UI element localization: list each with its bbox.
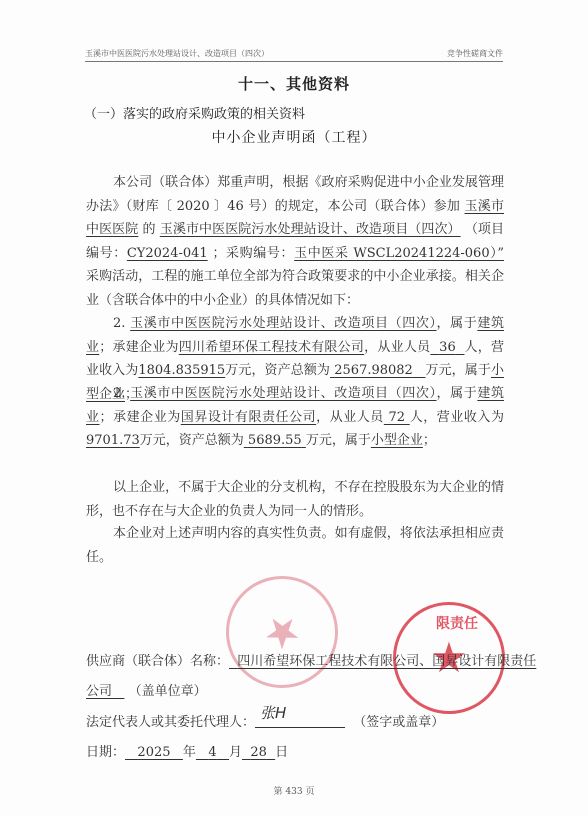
entry-index: 2. (113, 316, 125, 331)
entry-project: 玉溪市中医医院污水处理站设计、改造项目（四次） (130, 316, 436, 331)
entry-contractor: 四川希望环保工程技术有限公司 (179, 340, 364, 355)
enterprise-entry-2: 2. 玉溪市中医医院污水处理站设计、改造项目（四次），属于建筑业；承建企业为国昇… (86, 382, 504, 453)
seal-note: （盖单位章） (129, 684, 207, 699)
year-value: 2025 (137, 745, 170, 760)
label: 人，营业收入为 (410, 410, 504, 425)
entry-assets: 2567.98082 (330, 363, 425, 378)
month-value: 4 (208, 745, 216, 760)
date-label: 日期： (86, 745, 125, 760)
supplier-name-line1: 四川希望环保工程技术有限公司、国昇设计有限责任 (237, 654, 536, 669)
entry-size: 小型企业 (371, 433, 423, 448)
page-number: 第 433 页 (0, 784, 588, 797)
supplier-name-row-2: 公司 （盖单位章） (86, 680, 207, 699)
label: 年 (183, 745, 196, 760)
handwritten-signature: 张H (260, 702, 286, 723)
subsection-title: （一）落实的政府采购政策的相关资料 (84, 103, 305, 122)
statement-responsibility: 本企业对上述声明内容的真实性负责。如有虚假，将依法承担相应责任。 (86, 522, 504, 569)
entry-index: 2. (113, 386, 125, 401)
supplier-name-row: 供应商（联合体）名称： 四川希望环保工程技术有限公司、国昇设计有限责任 (86, 650, 536, 669)
staff-value: 72 (389, 410, 406, 425)
date-row: 日期： 2025 年 4 月 28 日 (86, 741, 288, 760)
date-month: 4 (196, 745, 229, 760)
entry-revenue: 9701.73 (86, 433, 140, 448)
assets-value: 5689.55 (248, 433, 302, 448)
entry-assets: 5689.55 (244, 433, 306, 448)
date-day: 28 (242, 745, 275, 760)
entry-staff: 72 (384, 410, 410, 425)
date-year: 2025 (125, 745, 183, 760)
entry-staff: 36 (430, 340, 464, 355)
label: ，属于 (437, 316, 478, 331)
label: 万元，资产总额为 (140, 433, 244, 448)
intro-text-5: 采购活动，工程的施工单位全部为符合政策要求的中小企业承接。相关企业（含联合体中的… (86, 269, 504, 308)
statement-not-large-enterprise: 以上企业，不属于大企业的分支机构，不存在控股股东为大企业的情形，也不存在与大企业… (86, 476, 504, 523)
label: ，属于 (437, 386, 478, 401)
supplier-name-cont: 公司 (86, 684, 124, 699)
header-document-type: 竞争性磋商文件 (447, 48, 503, 59)
label: ；承建企业为 (99, 340, 178, 355)
label: ； (423, 433, 436, 448)
staff-value: 36 (439, 340, 456, 355)
label: ，从业人员 (364, 340, 430, 355)
declaration-title: 中小企业声明函（工程） (0, 127, 588, 147)
project-name: 玉溪市中医医院污水处理站设计、改造项目（四次） (160, 222, 461, 237)
entry-revenue: 1804.835915 (138, 363, 225, 378)
label: ，从业人员 (316, 410, 384, 425)
entry-contractor: 国昇设计有限责任公司 (181, 410, 316, 425)
intro-text-1: 本公司（联合体）郑重声明，根据《政府采购促进中小企业发展管理办法》（财库〔 20… (86, 175, 504, 214)
header-project-name: 玉溪市中医医院污水处理站设计、改造项目（四次） (85, 48, 269, 59)
representative-note: （签字或盖章） (353, 715, 444, 730)
seal-text: 限责任 (436, 613, 478, 633)
section-title: 十一、其他资料 (0, 73, 588, 94)
entry-project: 玉溪市中医医院污水处理站设计、改造项目（四次） (130, 386, 436, 401)
project-number: CY2024-041 (127, 246, 208, 261)
label: 万元，属于 (426, 363, 491, 378)
company-seal-1: ★ (204, 554, 360, 710)
supplier-label: 供应商（联合体）名称： (86, 654, 229, 669)
page-header: 玉溪市中医医院污水处理站设计、改造项目（四次） 竞争性磋商文件 (85, 46, 503, 62)
intro-paragraph: 本公司（联合体）郑重声明，根据《政府采购促进中小企业发展管理办法》（财库〔 20… (86, 171, 504, 312)
label: 日 (275, 745, 288, 760)
label: ；承建企业为 (100, 410, 181, 425)
label: 万元，属于 (306, 433, 371, 448)
assets-value: 2567.98082 (334, 363, 413, 378)
label: 月 (229, 745, 242, 760)
supplier-name: 四川希望环保工程技术有限公司、国昇设计有限责任 (229, 654, 536, 669)
intro-text-2: 的 (138, 222, 160, 237)
label: 万元，资产总额为 (225, 363, 330, 378)
day-value: 28 (250, 745, 267, 760)
representative-label: 法定代表人或其委托代理人： (86, 715, 255, 730)
intro-text-4: ；采购编号： (208, 246, 294, 261)
procurement-number: 玉中医采 WSCL20241224-060）” (294, 246, 504, 261)
supplier-name-line2: 公司 (86, 684, 112, 699)
